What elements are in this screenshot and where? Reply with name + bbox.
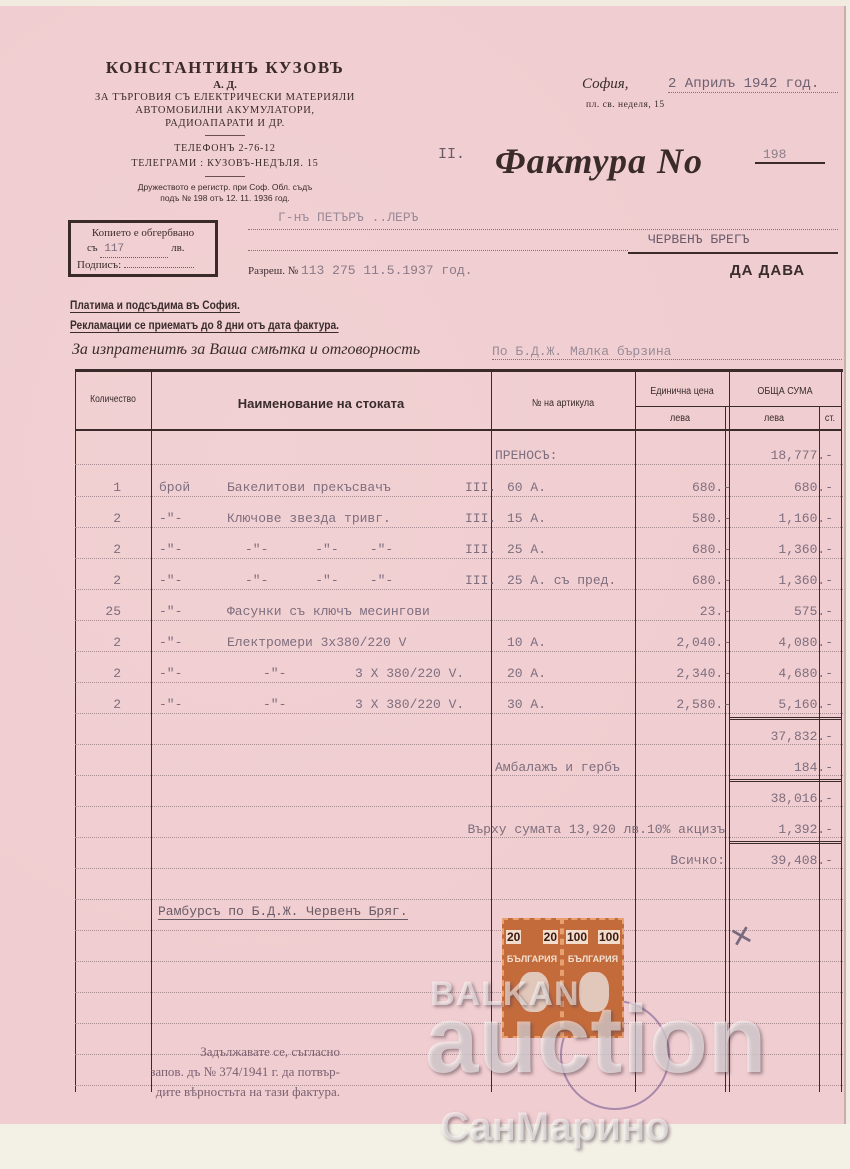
copy-box-title: Копието е обгербвано [77, 226, 209, 241]
buyer-place: ЧЕРВЕНЪ БРЕГЪ [628, 232, 838, 254]
row-article: 60 А. [507, 480, 546, 495]
subheader-line [635, 406, 841, 407]
row-total: 5,160.- [729, 697, 833, 712]
invoice-date: 2 Априлъ 1942 год. [668, 76, 838, 93]
table-border [841, 372, 842, 1092]
invoice-title: Фактура No [495, 140, 703, 182]
telegrams: ТЕЛЕГРАМИ : КУЗОВЪ-НЕДЪЛЯ. 15 [50, 156, 400, 171]
shipping-label: За изпратенитѣ за Ваша смѣтка и отговорн… [72, 341, 420, 359]
row-name: -"- [263, 666, 286, 681]
watermark-auction: auction [425, 985, 766, 1095]
row-article: 25 А. съ пред. [507, 573, 616, 588]
payment-remark: Рамбурсъ по Б.Д.Ж. Червенъ Бряг. [158, 904, 408, 920]
row-spec: III. [465, 480, 496, 495]
row-line [75, 496, 843, 497]
city: София, [582, 76, 628, 93]
column-divider [151, 372, 152, 1092]
row-line [75, 744, 843, 745]
ornament-divider [205, 176, 245, 177]
signature-label: Подписъ: [77, 259, 121, 271]
company-form: А. Д. [50, 79, 400, 91]
row-qty: 2 [75, 542, 121, 557]
row-qty: 1 [75, 480, 121, 495]
row-line [75, 651, 843, 652]
business-line: ЗА ТЪРГОВИЯ СЪ ЕЛЕКТРИЧЕСКИ МАТЕРИЯЛИ [50, 91, 400, 104]
row-qty: 2 [75, 573, 121, 588]
row-article: 15 А. [507, 511, 546, 526]
row-total: 4,680.- [729, 666, 833, 681]
stamp-country: БЪЛГАРИЯ [564, 954, 622, 964]
copy-box-amount-row: съ 117 лв. [77, 241, 209, 258]
row-spec: III. [465, 542, 496, 557]
row-line [75, 775, 843, 776]
row-price: 23.- [635, 604, 731, 619]
row-line [75, 589, 843, 590]
row-article: 10 А. [507, 635, 546, 650]
excise-label: Върху сумата 13,920 лв.10% акцизъ [335, 822, 725, 837]
row-total: 1,360.- [729, 573, 833, 588]
scan-background [0, 1124, 850, 1169]
footer-note-line: Задължавате се, съгласно [100, 1042, 340, 1062]
permit: Разреш. № 113 275 11.5.1937 год. [248, 263, 473, 278]
row-qty: 2 [75, 635, 121, 650]
header-article: № на артикула [498, 398, 628, 409]
excise-amount: 1,392.- [729, 822, 833, 837]
copy-box-signature-row: Подписъ: [77, 258, 209, 273]
row-line [75, 961, 843, 962]
stamp-country: БЪЛГАРИЯ [504, 954, 560, 964]
header-unit-price: Единична цена [640, 386, 725, 397]
row-line [75, 682, 843, 683]
footer-note-line: дите вѣрностьта на тази фактура. [100, 1082, 340, 1102]
row-article: 20 А. [507, 666, 546, 681]
header-total: ОБЩА СУМА [735, 386, 836, 397]
row-line [75, 620, 843, 621]
row-price: 580.- [635, 511, 731, 526]
grand-total: 39,408.- [729, 853, 833, 868]
header-bottom-line [75, 429, 841, 431]
row-spec: III. [465, 511, 496, 526]
row-line [75, 868, 843, 869]
carry-over-total: 18,777.- [729, 448, 833, 463]
footer-note-line: запов. дъ № 374/1941 г. да потвър- [100, 1062, 340, 1082]
copy-stamp-box: Копието е обгербвано съ 117 лв. Подписъ: [68, 220, 218, 277]
invoice-number: 198 [755, 147, 825, 164]
stamp-denomination: 100 100 [566, 930, 620, 944]
subtotal-2: 38,016.- [729, 791, 833, 806]
business-line: РАДИОАПАРАТИ И ДР. [50, 117, 400, 130]
row-unit: брой [159, 480, 190, 495]
stamp-denomination: 20 20 [506, 930, 558, 944]
sum-double-line [729, 779, 841, 782]
row-line [75, 464, 843, 465]
header-name: Наименование на стоката [151, 396, 491, 411]
row-price: 680.- [635, 480, 731, 495]
grand-total-label: Всичко: [635, 853, 725, 868]
header-quantity: Количество [81, 394, 146, 405]
business-line: АВТОМОБИЛНИ АКУМУЛАТОРИ, [50, 104, 400, 117]
row-unit: -"- [159, 573, 182, 588]
buyer-line-blank [248, 250, 628, 251]
row-price: 680.- [635, 542, 731, 557]
watermark-sanmarino: СанМарино [440, 1105, 669, 1150]
row-line [75, 899, 843, 900]
letterhead: КОНСТАНТИНЪ КУЗОВЪ А. Д. ЗА ТЪРГОВИЯ СЪ … [50, 58, 400, 204]
sum-double-line [729, 717, 841, 720]
row-name: -"- -"- -"- [245, 573, 393, 588]
row-line [75, 527, 843, 528]
row-line [75, 806, 843, 807]
stamp-amount: 117 [100, 242, 168, 258]
row-line [75, 713, 843, 714]
packing-label: Амбалажъ и гербъ [495, 760, 620, 775]
row-name: Ключове звезда тривг. [227, 511, 391, 526]
row-qty: 2 [75, 511, 121, 526]
row-price: 2,040.- [635, 635, 731, 650]
row-total: 680.- [729, 480, 833, 495]
header-total-st: ст. [820, 413, 840, 424]
row-unit: -"- [159, 604, 182, 619]
row-article: 25 А. [507, 542, 546, 557]
row-line [75, 558, 843, 559]
row-unit: -"- [159, 666, 182, 681]
subtotal: 37,832.- [729, 729, 833, 744]
sum-double-line [729, 841, 841, 844]
row-total: 575.- [729, 604, 833, 619]
row-spec: 3 Х 380/220 V. [355, 666, 464, 681]
ornament-divider [205, 135, 245, 136]
row-qty: 2 [75, 697, 121, 712]
row-spec: III. [465, 573, 496, 588]
row-unit: -"- [159, 511, 182, 526]
registration-line: подъ № 198 отъ 12. 11. 1936 год. [50, 193, 400, 204]
buyer-name: Г-нъ ПЕТЪРЪ ..ЛЕРЪ [248, 210, 838, 230]
permit-label: Разреш. № [248, 265, 298, 277]
to-pay-label: ДА ДАВА [730, 262, 805, 279]
packing-amount: 184.- [729, 760, 833, 775]
row-price: 2,580.- [635, 697, 731, 712]
row-name: Фасунки съ ключъ месингови [227, 604, 430, 619]
row-name: -"- [263, 697, 286, 712]
row-qty: 25 [75, 604, 121, 619]
row-unit: -"- [159, 542, 182, 557]
registration-line: Дружеството е регистр. при Соф. Обл. съд… [50, 182, 400, 193]
row-total: 1,360.- [729, 542, 833, 557]
row-price: 680.- [635, 573, 731, 588]
payment-terms: Платима и подсъдима въ София. [70, 298, 240, 313]
invoice-series: II. [438, 146, 465, 163]
header-unit-leva: лева [640, 413, 721, 424]
row-qty: 2 [75, 666, 121, 681]
row-total: 4,080.- [729, 635, 833, 650]
row-name: -"- -"- -"- [245, 542, 393, 557]
row-unit: -"- [159, 697, 182, 712]
company-name: КОНСТАНТИНЪ КУЗОВЪ [50, 58, 400, 78]
row-unit: -"- [159, 635, 182, 650]
amount-prefix: съ [87, 242, 98, 254]
company-address: пл. св. неделя, 15 [586, 100, 665, 110]
row-article: 30 А. [507, 697, 546, 712]
claims-terms: Рекламации се приематъ до 8 дни отъ дата… [70, 318, 339, 333]
shipping-method: По Б.Д.Ж. Малка бързина [492, 344, 842, 360]
signature-field [124, 267, 194, 268]
phone: ТЕЛЕФОНЪ 2-76-12 [50, 141, 400, 156]
footer-note: Задължавате се, съгласно запов. дъ № 374… [100, 1042, 340, 1102]
currency: лв. [171, 242, 184, 254]
header-total-leva: лева [734, 413, 815, 424]
row-name: Бакелитови прекъсвачъ [227, 480, 391, 495]
row-price: 2,340.- [635, 666, 731, 681]
row-spec: 3 Х 380/220 V. [355, 697, 464, 712]
row-total: 1,160.- [729, 511, 833, 526]
carry-over-label: ПРЕНОСЪ: [495, 448, 557, 463]
permit-value: 113 275 11.5.1937 год. [301, 263, 473, 278]
column-divider [819, 406, 820, 1092]
row-name: Електромери 3х380/220 V [227, 635, 406, 650]
row-line [75, 837, 843, 838]
